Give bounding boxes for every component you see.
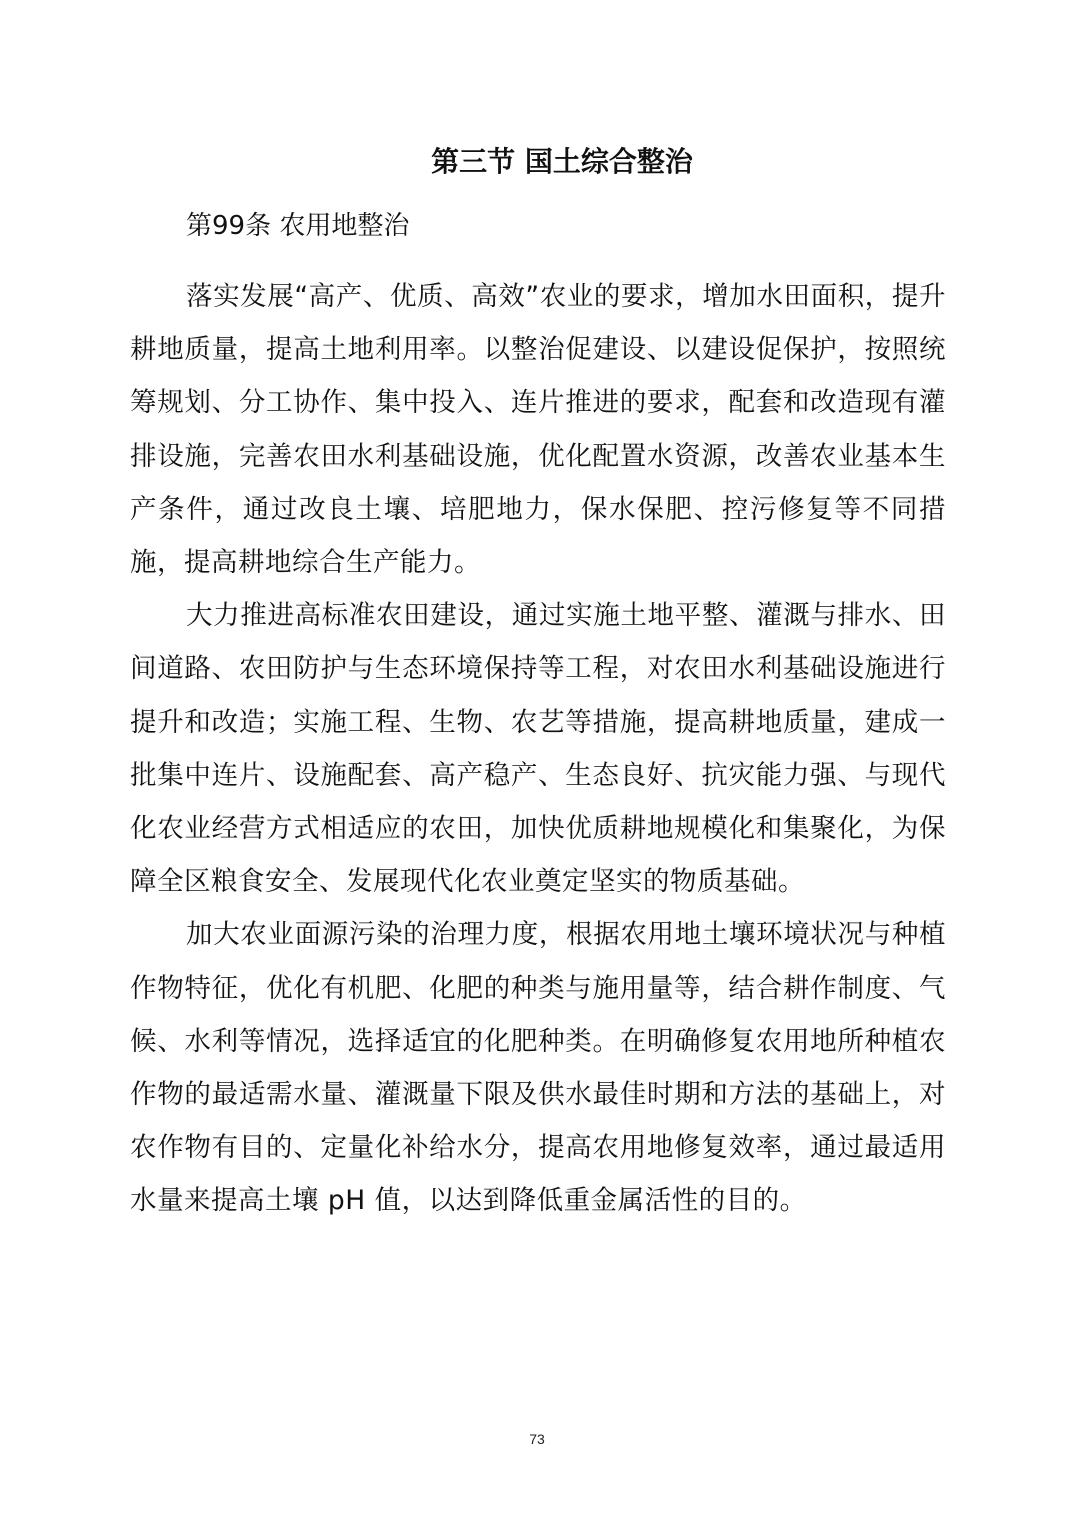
page-number: 73	[0, 1430, 1074, 1448]
section-title: 第三节 国土综合整治	[0, 142, 1074, 182]
paragraph-high-standard-farmland: 大力推进高标准农田建设，通过实施土地平整、灌溉与排水、田间道路、农田防护与生态环…	[130, 589, 946, 908]
article-body: 落实发展“高产、优质、高效”农业的要求，增加水田面积，提升耕地质量，提高土地利用…	[130, 270, 946, 1228]
paragraph-farmland-quality: 落实发展“高产、优质、高效”农业的要求，增加水田面积，提升耕地质量，提高土地利用…	[130, 270, 946, 589]
paragraph-pollution-control: 加大农业面源污染的治理力度，根据农用地土壤环境状况与种植作物特征，优化有机肥、化…	[130, 908, 946, 1227]
article-title: 第99条 农用地整治	[186, 208, 409, 244]
document-page: 第三节 国土综合整治 第99条 农用地整治 落实发展“高产、优质、高效”农业的要…	[0, 0, 1074, 1520]
